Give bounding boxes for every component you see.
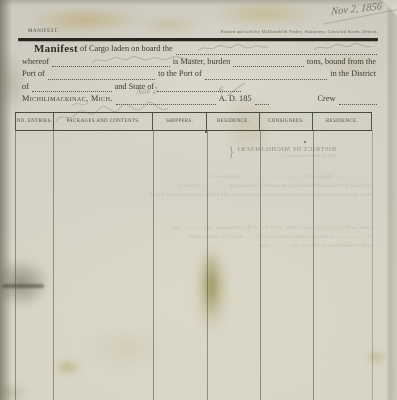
line3-post: in the District bbox=[328, 68, 378, 81]
bleedthrough-brace: { bbox=[228, 145, 235, 161]
bleedthrough-port-text: Port of Michilimackinac, ss. bbox=[237, 154, 336, 159]
bleedthrough-line: Given under my hand and seal of office, … bbox=[58, 224, 372, 233]
line4-pre: of bbox=[20, 81, 31, 94]
table-column-line bbox=[372, 130, 373, 400]
column-header-consignees: CONSIGNEES. bbox=[259, 113, 312, 130]
ink-speck bbox=[205, 131, 207, 133]
table-column-line bbox=[207, 130, 208, 400]
table-column-line bbox=[260, 130, 261, 400]
paper-edge-left bbox=[0, 0, 12, 400]
bleedthrough-line: ............................ Master of t… bbox=[24, 173, 372, 182]
bleedthrough-closing: Given under my hand and seal of office, … bbox=[58, 224, 372, 251]
bleedthrough-district-heading: DISTRICT OF MICHILIMACKINAC Port of Mich… bbox=[228, 145, 336, 161]
handwriting-vessel-scribble bbox=[196, 42, 374, 55]
handwriting-flourish bbox=[225, 82, 247, 98]
stain-bottom-right bbox=[364, 350, 388, 365]
blank-year bbox=[255, 96, 269, 105]
printer-imprint: Printed and sold by McDonald & Finley, S… bbox=[221, 29, 378, 34]
handwriting-master-scribble bbox=[90, 55, 202, 67]
bleedthrough-body: ............................ Master of t… bbox=[24, 173, 372, 200]
form-line-ports: Port of to the Port of in the District bbox=[20, 68, 378, 81]
blank-burden-tons bbox=[233, 58, 304, 67]
bleedthrough-line: as the law directs and delivered duplica… bbox=[24, 182, 372, 191]
handwriting-header-scribble bbox=[52, 100, 172, 128]
blank-crew bbox=[339, 96, 378, 105]
stain-center-core bbox=[202, 252, 220, 316]
table-column-line bbox=[313, 130, 314, 400]
bleedthrough-district-text: DISTRICT OF MICHILIMACKINAC bbox=[237, 147, 336, 153]
masthead-rule bbox=[18, 38, 378, 41]
manifest-document-scan: DISTRICT OF MICHILIMACKINAC Port of Mich… bbox=[0, 0, 397, 400]
manifest-title-word: Manifest bbox=[20, 43, 78, 56]
handwritten-date-on-line: Nov 2 bbox=[135, 85, 158, 97]
blank-district bbox=[32, 83, 112, 92]
column-header-residence-2: RESIDENCE. bbox=[312, 113, 372, 130]
stain-bottom-faint bbox=[86, 326, 166, 370]
line3-mid: to the Port of bbox=[156, 68, 204, 81]
line3-pre: Port of bbox=[20, 68, 47, 81]
handwritten-year-digit: 6 bbox=[218, 86, 224, 97]
column-header-residence-1: RESIDENCE. bbox=[206, 113, 259, 130]
bleedthrough-line: entry, and bond being given, permission … bbox=[24, 191, 372, 200]
bleedthrough-line: of the United States of America, the ...… bbox=[58, 242, 372, 251]
stain-bottom-left bbox=[52, 358, 82, 376]
paper-edge-top bbox=[0, 0, 397, 6]
line2-post: tons, bound from the bbox=[305, 56, 378, 69]
blank-port-to bbox=[205, 71, 328, 80]
line1-text: of Cargo laden on board the bbox=[78, 43, 175, 56]
table-column-line bbox=[153, 130, 154, 400]
table-column-line bbox=[15, 130, 16, 400]
paper-edge-right bbox=[386, 0, 397, 400]
form-line-district: of and State of bbox=[20, 81, 242, 94]
masthead-row: MANIFEST. Printed and sold by McDonald &… bbox=[28, 29, 378, 34]
column-header-entries: NO. ENTRIES. bbox=[15, 113, 53, 130]
blank-port-from bbox=[48, 71, 155, 80]
line2-pre: whereof bbox=[20, 56, 51, 69]
manifest-corner-label: MANIFEST. bbox=[28, 29, 59, 34]
ink-speck bbox=[304, 141, 306, 143]
table-column-line bbox=[53, 130, 54, 400]
bleedthrough-line: of .................... one thousand eig… bbox=[58, 233, 372, 242]
line5-crew-label: Crew bbox=[316, 93, 338, 106]
